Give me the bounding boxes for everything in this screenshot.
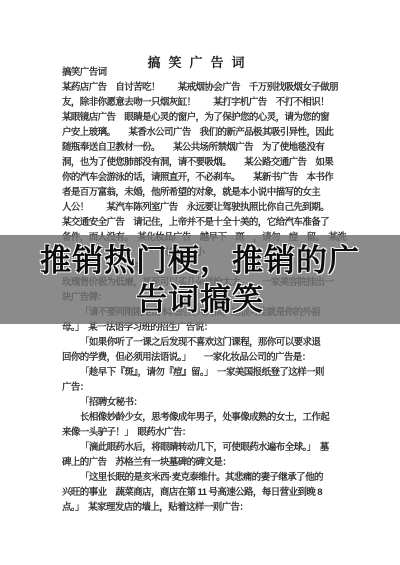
scanned-document-page: 搞笑广告词 搞笑广告词 某药店广告 自讨苦吃！ 某戒烟协会广告 千万别找吸烟女子… <box>0 0 400 565</box>
overlay-headline-line2: 告词搞笑 <box>0 280 400 319</box>
text-line: 「这里长眠的是亥米西·麦克泰维什。其悲痛的妻子继承了他的 <box>62 470 392 485</box>
text-line: 点。」 某家理发店的墙上，贴着这样一则广告： <box>62 500 392 515</box>
overlay-headline-line1: 推销热门梗，推销的广 <box>0 241 400 280</box>
overlay-headline: 推销热门梗，推销的广 告词搞笑 <box>0 241 400 319</box>
text-line: 回你的学费，但必须用法语说。」 一家化妆品公司的广告是： <box>62 350 392 365</box>
text-line: 某药店广告 自讨苦吃！ 某戒烟协会广告 千万别找吸烟女子做朋 <box>62 80 392 95</box>
text-line: 碑上的广告 苏格兰有一块墓碑的碑文是： <box>62 455 392 470</box>
text-line: 「如果你听了一课之后发现不喜欢这门课程，那你可以要求退 <box>62 335 392 350</box>
text-line: 随瓶奉送自卫教材一份。 某公共场所禁烟广告 为了使地毯没有 <box>62 140 392 155</box>
text-line: 「滴此眼药水后，将眼睛转动几下，可使眼药水遍布全球。」 墓 <box>62 440 392 455</box>
text-line: 兴旺的事业 蔬菜商店，商店在第 11 号高速公路，每日营业到晚 8 <box>62 485 392 500</box>
text-line: 某眼镜店广告 眼睛是心灵的窗户，为了保护您的心灵，请为您的窗 <box>62 110 392 125</box>
text-line: 洞，也为了使您肺部没有洞，请不要吸烟。 某公路交通广告 如果 <box>62 155 392 170</box>
text-line: 长相像妙龄少女，思考像成年男子，处事像成熟的女士，工作起 <box>62 410 392 425</box>
text-line: 友，除非你愿意去吻一只烟灰缸！ 某打字机广告 不打不相识！ <box>62 95 392 110</box>
text-line: 广告： <box>62 380 392 395</box>
text-line: 者是百万富翁，未婚，他所希望的对象，就是本小说中描写的女主 <box>62 185 392 200</box>
text-line: 「招聘女秘书： <box>62 395 392 410</box>
text-line: 人公！ 某汽车陈列室广告 永远要让驾驶执照比你自己先到期。 <box>62 200 392 215</box>
text-line: 「趁早下『斑』，请勿『痘』留。」 一家美国报纸登了这样一则 <box>62 365 392 380</box>
text-line: 来像一头驴子！」 眼药水广告： <box>62 425 392 440</box>
text-line: 你的汽车会游泳的话，请照直开，不必刹车。 某新书广告 本书作 <box>62 170 392 185</box>
text-line: 户安上玻璃。 某香水公司广告 我们的新产品极其吸引异性，因此 <box>62 125 392 140</box>
text-line: 搞笑广告词 <box>62 65 392 80</box>
text-line: 某交通安全广告 请记住，上帝并不是十全十美的，它给汽车准备了 <box>62 215 392 230</box>
